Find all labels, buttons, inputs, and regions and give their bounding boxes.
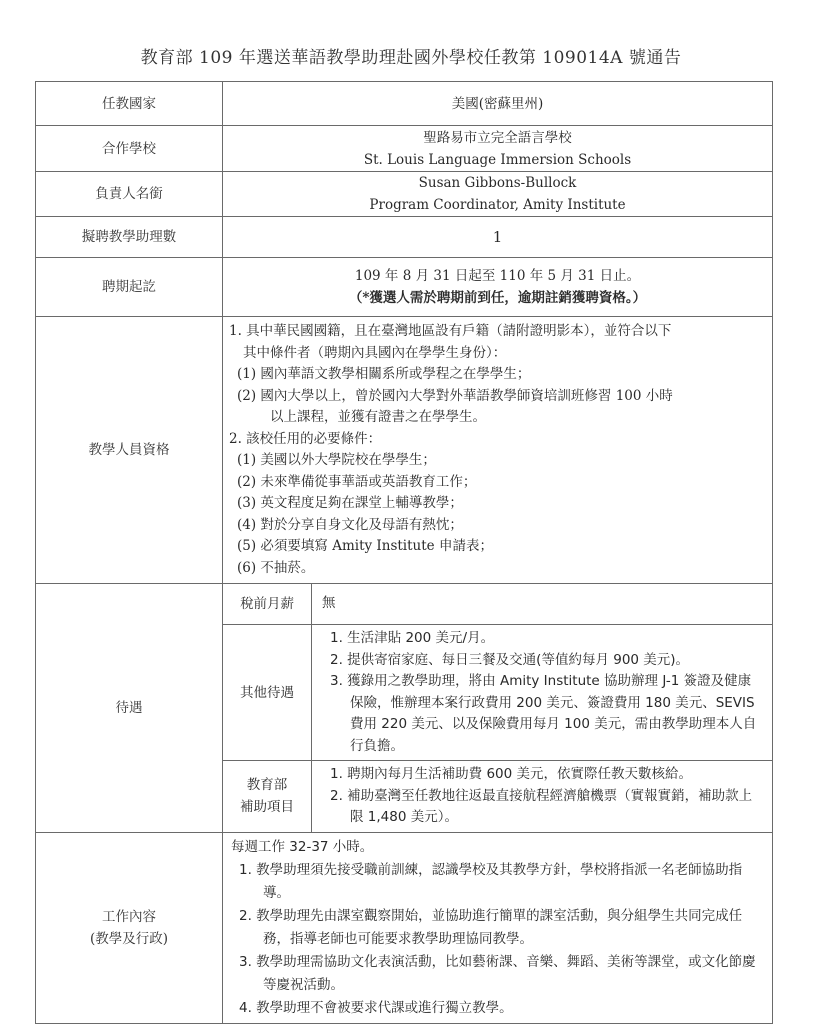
row-school: 合作學校 聖路易市立完全語言學校 St. Louis Language Imme… <box>36 126 773 172</box>
row-period: 聘期起訖 109 年 8 月 31 日起至 110 年 5 月 31 日止。 （… <box>36 258 773 317</box>
qualification-item: 2. 該校任用的必要條件： <box>229 429 764 451</box>
work-item: 2. 教學助理先由課室觀察開始，並協助進行簡單的課室活動，與分組學生共同完成任務… <box>231 905 764 951</box>
qualification-item: 其中條件者（聘期內具國內在學學生身份）： <box>229 343 764 365</box>
contact-value: Susan Gibbons-Bullock Program Coordinato… <box>223 172 773 217</box>
other-benefits-label: 其他待遇 <box>223 625 312 761</box>
moe-label-line2: 補助項目 <box>223 796 311 818</box>
salary-label: 稅前月薪 <box>223 584 312 625</box>
count-value: 1 <box>223 217 773 258</box>
other-benefits-list: 1. 生活津貼 200 美元/月。 2. 提供寄宿家庭、每日三餐及交通(等值約每… <box>312 625 773 761</box>
period-dates: 109 年 8 月 31 日起至 110 年 5 月 31 日止。 <box>223 265 772 287</box>
row-count: 擬聘教學助理數 1 <box>36 217 773 258</box>
qualification-item: (1) 國內華語文教學相關系所或學程之在學學生； <box>229 364 764 386</box>
benefits-label: 待遇 <box>36 584 223 833</box>
work-item: 4. 教學助理不會被要求代課或進行獨立教學。 <box>231 997 764 1020</box>
row-country: 任教國家 美國(密蘇里州) <box>36 82 773 126</box>
count-label: 擬聘教學助理數 <box>36 217 223 258</box>
qualification-item: (1) 美國以外大學院校在學學生； <box>229 450 764 472</box>
qualification-item: (2) 未來準備從事華語或英語教育工作； <box>229 472 764 494</box>
qualification-item: 以上課程，並獲有證書之在學學生。 <box>229 407 764 429</box>
work-item: 1. 教學助理須先接受職前訓練，認識學校及其教學方針，學校將指派一名老師協助指導… <box>231 859 764 905</box>
announcement-table: 任教國家 美國(密蘇里州) 合作學校 聖路易市立完全語言學校 St. Louis… <box>35 81 773 1024</box>
qualification-item: (3) 英文程度足夠在課堂上輔導教學； <box>229 493 764 515</box>
work-item: 3. 教學助理需協助文化表演活動，比如藝術課、音樂、舞蹈、美術等課堂，或文化節慶… <box>231 951 764 997</box>
country-label: 任教國家 <box>36 82 223 126</box>
work-content-list: 每週工作 32-37 小時。 1. 教學助理須先接受職前訓練，認識學校及其教學方… <box>223 832 773 1023</box>
period-note: （*獲選人需於聘期前到任，逾期註銷獲聘資格。） <box>223 287 772 309</box>
period-value: 109 年 8 月 31 日起至 110 年 5 月 31 日止。 （*獲選人需… <box>223 258 773 317</box>
moe-subsidy-list: 1. 聘期內每月生活補助費 600 美元，依實際任教天數核給。 2. 補助臺灣至… <box>312 761 773 833</box>
other-benefit-item: 2. 提供寄宿家庭、每日三餐及交通(等值約每月 900 美元)。 <box>322 650 764 672</box>
school-value: 聖路易市立完全語言學校 St. Louis Language Immersion… <box>223 126 773 172</box>
contact-label: 負責人名銜 <box>36 172 223 217</box>
qualifications-list: 1. 具中華民國國籍，且在臺灣地區設有戶籍（請附證明影本），並符合以下 其中條件… <box>223 317 773 584</box>
qualification-item: (2) 國內大學以上，曾於國內大學對外華語教學師資培訓班修習 100 小時 <box>229 386 764 408</box>
row-benefits-salary: 待遇 稅前月薪 無 <box>36 584 773 625</box>
work-label-line1: 工作內容 <box>36 906 222 928</box>
other-benefit-item: 1. 生活津貼 200 美元/月。 <box>322 628 764 650</box>
work-hours: 每週工作 32-37 小時。 <box>231 836 764 859</box>
work-label-line2: (教學及行政) <box>36 928 222 950</box>
row-contact: 負責人名銜 Susan Gibbons-Bullock Program Coor… <box>36 172 773 217</box>
school-name-en: St. Louis Language Immersion Schools <box>223 149 772 171</box>
moe-subsidy-item: 1. 聘期內每月生活補助費 600 美元，依實際任教天數核給。 <box>322 764 764 786</box>
moe-label-line1: 教育部 <box>223 774 311 796</box>
salary-value: 無 <box>312 584 773 625</box>
qualification-item: (6) 不抽菸。 <box>229 558 764 580</box>
school-name-zh: 聖路易市立完全語言學校 <box>223 127 772 149</box>
qualification-item: (5) 必須要填寫 Amity Institute 申請表； <box>229 536 764 558</box>
work-label: 工作內容 (教學及行政) <box>36 832 223 1023</box>
contact-name: Susan Gibbons-Bullock <box>223 172 772 194</box>
row-qualifications: 教學人員資格 1. 具中華民國國籍，且在臺灣地區設有戶籍（請附證明影本），並符合… <box>36 317 773 584</box>
qualification-item: (4) 對於分享自身文化及母語有熱忱； <box>229 515 764 537</box>
moe-subsidy-label: 教育部 補助項目 <box>223 761 312 833</box>
contact-title: Program Coordinator, Amity Institute <box>223 194 772 216</box>
other-benefit-item: 3. 獲錄用之教學助理，將由 Amity Institute 協助辦理 J-1 … <box>322 671 764 757</box>
period-label: 聘期起訖 <box>36 258 223 317</box>
row-work: 工作內容 (教學及行政) 每週工作 32-37 小時。 1. 教學助理須先接受職… <box>36 832 773 1023</box>
moe-subsidy-item: 2. 補助臺灣至任教地往返最直接航程經濟艙機票（實報實銷，補助款上限 1,480… <box>322 786 764 829</box>
school-label: 合作學校 <box>36 126 223 172</box>
country-value: 美國(密蘇里州) <box>223 82 773 126</box>
qualifications-label: 教學人員資格 <box>36 317 223 584</box>
document-title: 教育部 109 年選送華語教學助理赴國外學校任教第 109014A 號通告 <box>0 43 822 68</box>
qualification-item: 1. 具中華民國國籍，且在臺灣地區設有戶籍（請附證明影本），並符合以下 <box>229 321 764 343</box>
